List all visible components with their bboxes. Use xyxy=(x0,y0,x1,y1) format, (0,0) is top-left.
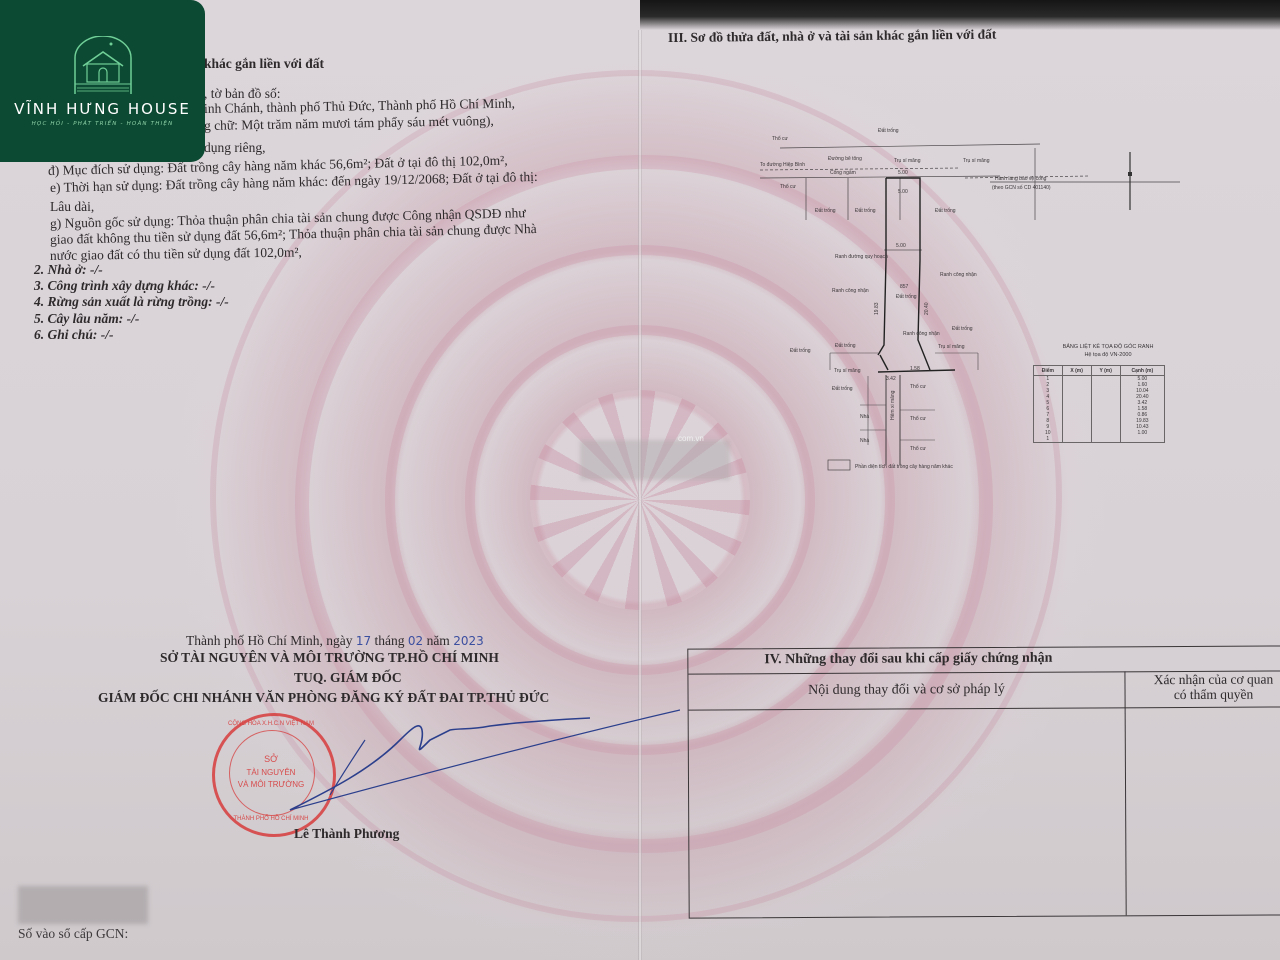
changes-title: IV. Những thay đổi sau khi cấp giấy chứn… xyxy=(688,650,1128,668)
svg-text:Trụ sí măng: Trụ sí măng xyxy=(963,158,990,164)
svg-text:Ranh công nhận: Ranh công nhận xyxy=(832,288,869,294)
svg-text:Đất trống: Đất trống xyxy=(896,294,917,300)
section-header-partial: khác gắn liền với đất xyxy=(204,56,324,72)
brand-tagline: HỌC HỎI - PHÁT TRIỂN - HOÀN THIỆN xyxy=(0,121,205,127)
item-planted-forest: 4. Rừng sản xuất là rừng trồng: -/- xyxy=(34,294,229,310)
svg-text:5.00: 5.00 xyxy=(896,243,906,249)
svg-text:(theo GCN số CD 401140): (theo GCN số CD 401140) xyxy=(992,185,1051,191)
usage-term-cont: Lâu dài, xyxy=(50,199,94,215)
svg-text:Ranh công nhận: Ranh công nhận xyxy=(940,272,977,278)
svg-text:Phần diện tích đất trồng cây h: Phần diện tích đất trồng cây hàng năm kh… xyxy=(855,464,953,470)
svg-text:Đất trống: Đất trống xyxy=(855,208,876,214)
svg-text:Đất trống: Đất trống xyxy=(952,326,973,332)
coord-header-2: Y (m) xyxy=(1091,366,1120,376)
svg-text:Nhà: Nhà xyxy=(860,438,869,444)
svg-text:Đất trống: Đất trống xyxy=(835,343,856,349)
redacted-register-number xyxy=(18,886,148,924)
house-arch-icon xyxy=(71,36,135,96)
svg-text:Thổ cư: Thổ cư xyxy=(910,445,927,452)
svg-text:Trụ sí măng: Trụ sí măng xyxy=(894,158,921,164)
signer-name: Lê Thành Phương xyxy=(294,826,399,842)
page-fold xyxy=(638,30,642,960)
svg-text:Hẻm xi măng: Hẻm xi măng xyxy=(890,390,896,420)
coord-header-1: X (m) xyxy=(1062,366,1091,376)
item-perennial-trees: 5. Cây lâu năm: -/- xyxy=(34,311,139,327)
issue-day: 17 xyxy=(356,634,371,648)
item-house: 2. Nhà ở: -/- xyxy=(34,262,103,278)
coord-header-3: Cạnh (m) xyxy=(1120,366,1164,376)
watermark-text: com.vn xyxy=(678,434,704,443)
background-surface xyxy=(640,0,1280,30)
svg-text:Thổ cư: Thổ cư xyxy=(772,135,789,142)
coord-header-0: Điểm xyxy=(1034,366,1063,376)
changes-table: IV. Những thay đổi sau khi cấp giấy chứn… xyxy=(687,645,1280,918)
svg-text:3.42: 3.42 xyxy=(886,376,896,382)
coordinate-table: ĐiểmX (m)Y (m)Cạnh (m) 15.0021.60310.044… xyxy=(1033,365,1165,443)
brand-logo: VĨNH HƯNG HOUSE HỌC HỎI - PHÁT TRIỂN - H… xyxy=(0,0,205,162)
svg-text:Đất trống: Đất trống xyxy=(832,386,853,392)
svg-text:Đất trống: Đất trống xyxy=(790,348,811,354)
table-row: 1 xyxy=(1034,436,1165,443)
svg-text:Đường bê tông: Đường bê tông xyxy=(828,156,862,162)
svg-text:Thổ cư: Thổ cư xyxy=(910,383,927,390)
signature xyxy=(250,700,680,820)
item-notes: 6. Ghi chú: -/- xyxy=(34,327,114,343)
svg-text:1.58: 1.58 xyxy=(910,366,920,372)
svg-text:Đất trống: Đất trống xyxy=(815,208,836,214)
svg-text:Trụ sí măng: Trụ sí măng xyxy=(938,344,965,350)
item-other-construction: 3. Công trình xây dựng khác: -/- xyxy=(34,278,215,294)
issue-place-date: Thành phố Hồ Chí Minh, ngày 17 tháng 02 … xyxy=(186,633,484,649)
svg-text:Thổ cư: Thổ cư xyxy=(910,415,927,422)
svg-text:To đường Hiệp Bình: To đường Hiệp Bình xyxy=(760,162,805,168)
svg-text:Cống ngầm: Cống ngầm xyxy=(830,170,856,176)
svg-text:857: 857 xyxy=(900,284,909,290)
svg-text:Ranh đường quy hoạch: Ranh đường quy hoạch xyxy=(835,254,888,260)
svg-text:19.83: 19.83 xyxy=(874,302,880,315)
svg-text:Thổ cư: Thổ cư xyxy=(780,183,797,190)
issue-year: 2023 xyxy=(453,634,484,648)
svg-text:20.40: 20.40 xyxy=(924,302,930,315)
svg-text:5.00: 5.00 xyxy=(898,170,908,176)
issue-month: 02 xyxy=(408,634,423,648)
proxy-title: TUQ. GIÁM ĐỐC xyxy=(294,670,402,686)
svg-text:Đất trống: Đất trống xyxy=(878,128,899,134)
redacted-watermark-area xyxy=(580,440,730,480)
changes-col-content: Nội dung thay đổi và cơ sở pháp lý xyxy=(688,681,1124,699)
issuing-authority: SỞ TÀI NGUYÊN VÀ MÔI TRƯỜNG TP.HỒ CHÍ MI… xyxy=(160,650,499,666)
svg-text:Đất trống: Đất trống xyxy=(935,208,956,214)
brand-name: VĨNH HƯNG HOUSE xyxy=(0,100,205,118)
svg-text:Hành lang bảo vệ cống: Hành lang bảo vệ cống xyxy=(995,176,1047,182)
svg-text:Ranh công nhận: Ranh công nhận xyxy=(903,331,940,337)
usage-form-line: dụng riêng, xyxy=(204,140,266,156)
svg-text:Nhà: Nhà xyxy=(860,414,869,420)
register-label: Số vào sổ cấp GCN: xyxy=(18,926,128,942)
coordinate-table-title: BẢNG LIỆT KÊ TỌA ĐỘ GÓC RANH Hệ tọa độ V… xyxy=(1038,343,1178,359)
changes-col-confirmation: Xác nhận của cơ quan có thẩm quyền xyxy=(1128,671,1280,702)
svg-text:5.00: 5.00 xyxy=(898,189,908,195)
svg-text:Trụ sí măng: Trụ sí măng xyxy=(834,368,861,374)
